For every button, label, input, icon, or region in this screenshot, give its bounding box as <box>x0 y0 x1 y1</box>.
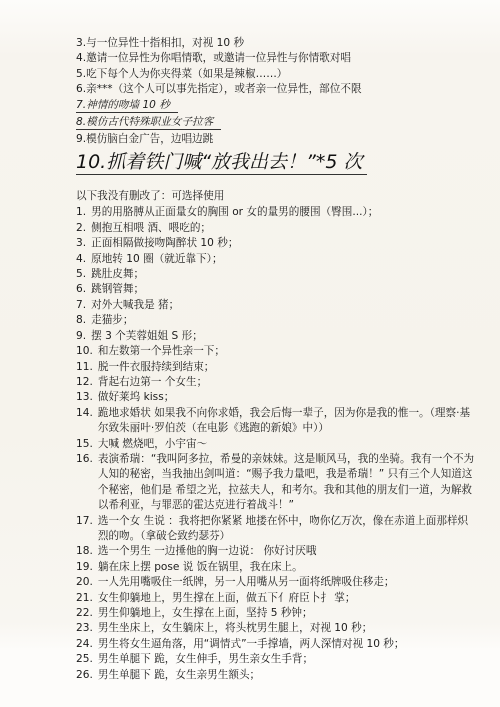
list-item: 7.对外大喊我是 猪； <box>76 298 476 313</box>
list-item: 23.男生坐床上，女生躺床上，将头枕男生腿上，对视 10 秒； <box>76 621 476 636</box>
item-number: 25. <box>76 652 98 667</box>
item-number: 13. <box>76 390 98 405</box>
list-item: 11.脱一件衣服持续到结束； <box>76 360 476 375</box>
item-number: 17. <box>76 514 98 545</box>
item-number: 8. <box>76 313 91 328</box>
options-list: 1.男的用胳膊从正面量女的胸围 or 女的量男的腰围（臀围...）； 2.侧抱互… <box>76 205 476 683</box>
item-text: 男生将女生逼角落，用“调情式”一手撑墙，两人深情对视 10 秒； <box>98 637 405 652</box>
list-item: 18.选一个男生 一边捶他的胸一边说： 你好讨厌哦 <box>76 544 476 559</box>
item-number: 1. <box>76 205 91 220</box>
item-text: 男生单腿下 跪，女生伸手，男生亲女生手背； <box>98 652 313 667</box>
item-number: 11. <box>76 360 98 375</box>
list-item: 2.侧抱互相喂 酒、喂吃的； <box>76 221 476 236</box>
list-item-underlined: 8.模仿古代特殊职业女子拉客 <box>76 116 221 130</box>
item-text: 对外大喊我是 猪； <box>91 298 179 313</box>
item-text: 躺在床上摆 pose 说 饭在锅里，我在床上。 <box>98 560 303 575</box>
item-number: 21. <box>76 591 98 606</box>
item-text: 走猫步； <box>91 313 133 328</box>
list-item: 4.原地转 10 圈（就近靠下）； <box>76 252 476 267</box>
document-body: 3.与一位异性十指相扣，对视 10 秒 4.邀请一位异性为你唱情歌，或邀请一位异… <box>76 36 476 683</box>
list-item: 8.走猫步； <box>76 313 476 328</box>
item-number: 12. <box>76 375 98 390</box>
item-number: 23. <box>76 621 98 636</box>
list-item: 17.选一个女 生说 ：我将把你紧紧 地搂在怀中，吻你亿万次，像在赤道上面那样炽… <box>76 514 476 545</box>
item-number: 26. <box>76 668 98 683</box>
list-item: 21.女生仰躺地上，男生撑在上面，做五下亻府臣卜扌 掌； <box>76 591 476 606</box>
item-text: 一人先用嘴吸住一纸牌，另一人用嘴从另一面将纸牌吸住移走； <box>98 575 395 590</box>
list-item: 14.跪地求婚状 如果我不向你求婚，我会后悔一辈子，因为你是我的惟一。（理察·基… <box>76 406 476 437</box>
list-item: 22.男生仰躺地上，女生撑在上面，坚持 5 秒钟； <box>76 606 476 621</box>
item-number: 4. <box>76 252 91 267</box>
section-subheading: 以下我没有删改了：可选择使用 <box>76 189 476 204</box>
list-item: 25.男生单腿下 跪，女生伸手，男生亲女生手背； <box>76 652 476 667</box>
item-text: 男生仰躺地上，女生撑在上面，坚持 5 秒钟； <box>98 606 313 621</box>
top-list: 3.与一位异性十指相扣，对视 10 秒 4.邀请一位异性为你唱情歌，或邀请一位异… <box>76 36 476 147</box>
item-number: 15. <box>76 437 98 452</box>
item-text: 跳钢管舞； <box>91 282 144 297</box>
list-item: 24.男生将女生逼角落，用“调情式”一手撑墙，两人深情对视 10 秒； <box>76 637 476 652</box>
item-text: 跳肚皮舞； <box>91 267 144 282</box>
item-number: 22. <box>76 606 98 621</box>
item-number: 7. <box>76 298 91 313</box>
item-text: 做好莱坞 kiss； <box>98 390 174 405</box>
item-number: 14. <box>76 406 98 437</box>
item-text: 男生单腿下 跪，女生亲男生额头； <box>98 668 260 683</box>
item-text: 摆 3 个芙蓉姐姐 S 形； <box>91 329 203 344</box>
list-item: 5.吃下每个人为你夹得菜（如果是辣椒……） <box>76 67 476 82</box>
item-number: 5. <box>76 267 91 282</box>
item-number: 24. <box>76 637 98 652</box>
list-item: 9.摆 3 个芙蓉姐姐 S 形； <box>76 329 476 344</box>
item-text: 和左数第一个异性亲一下； <box>98 344 225 359</box>
list-item: 6.亲***（这个人可以事先指定），或者亲一位异性，部位不限 <box>76 82 476 97</box>
list-item: 16.表演希瑞：“我叫阿多拉，希曼的亲妹妹。这是顺风马，我的坐骑。我有一个不为人… <box>76 452 476 514</box>
item-text: 男的用胳膊从正面量女的胸围 or 女的量男的腰围（臀围...）； <box>91 205 378 220</box>
list-item: 10.和左数第一个异性亲一下； <box>76 344 476 359</box>
item-text: 侧抱互相喂 酒、喂吃的； <box>91 221 211 236</box>
item-text: 表演希瑞：“我叫阿多拉，希曼的亲妹妹。这是顺风马，我的坐骑。我有一个不为人知的秘… <box>98 452 476 514</box>
item-number: 9. <box>76 329 91 344</box>
item-text: 大喊 燃烧吧，小宇宙～ <box>98 437 207 452</box>
headline: 10.抓着铁门喊“放我出去！”*5 次 <box>76 150 367 175</box>
list-item: 1.男的用胳膊从正面量女的胸围 or 女的量男的腰围（臀围...）； <box>76 205 476 220</box>
list-item: 12.背起右边第一 个女生； <box>76 375 476 390</box>
item-number: 19. <box>76 560 98 575</box>
item-number: 10. <box>76 344 98 359</box>
item-text: 背起右边第一 个女生； <box>98 375 207 390</box>
list-item-underlined: 7.神情的吻墙 10 秒 <box>76 99 178 113</box>
item-number: 6. <box>76 282 91 297</box>
item-number: 18. <box>76 544 98 559</box>
item-text: 男生坐床上，女生躺床上，将头枕男生腿上，对视 10 秒； <box>98 621 372 636</box>
item-text: 原地转 10 圈（就近靠下）； <box>91 252 222 267</box>
item-text: 选一个女 生说 ：我将把你紧紧 地搂在怀中，吻你亿万次，像在赤道上面那样炽烈的吻… <box>98 514 476 545</box>
list-item: 4.邀请一位异性为你唱情歌，或邀请一位异性与你情歌对唱 <box>76 51 476 66</box>
list-item: 20.一人先用嘴吸住一纸牌，另一人用嘴从另一面将纸牌吸住移走； <box>76 575 476 590</box>
list-item: 3.与一位异性十指相扣，对视 10 秒 <box>76 36 476 51</box>
item-number: 3. <box>76 236 91 251</box>
item-text: 脱一件衣服持续到结束； <box>98 360 215 375</box>
list-item: 26.男生单腿下 跪，女生亲男生额头； <box>76 668 476 683</box>
list-item: 3.正面相隔做接吻陶醉状 10 秒； <box>76 236 476 251</box>
document-page: 3.与一位异性十指相扣，对视 10 秒 4.邀请一位异性为你唱情歌，或邀请一位异… <box>0 0 500 707</box>
item-text: 正面相隔做接吻陶醉状 10 秒； <box>91 236 238 251</box>
list-item: 13.做好莱坞 kiss； <box>76 390 476 405</box>
item-number: 2. <box>76 221 91 236</box>
item-number: 20. <box>76 575 98 590</box>
list-item: 5.跳肚皮舞； <box>76 267 476 282</box>
item-number: 16. <box>76 452 98 514</box>
list-item: 15.大喊 燃烧吧，小宇宙～ <box>76 437 476 452</box>
list-item: 19.躺在床上摆 pose 说 饭在锅里，我在床上。 <box>76 560 476 575</box>
list-item: 9.模仿脑白金广告，边唱边跳 <box>76 132 476 147</box>
item-text: 跪地求婚状 如果我不向你求婚，我会后悔一辈子，因为你是我的惟一。（理察·基尔致朱… <box>98 406 476 437</box>
item-text: 女生仰躺地上，男生撑在上面，做五下亻府臣卜扌 掌； <box>98 591 356 606</box>
list-item: 6.跳钢管舞； <box>76 282 476 297</box>
item-text: 选一个男生 一边捶他的胸一边说： 你好讨厌哦 <box>98 544 317 559</box>
